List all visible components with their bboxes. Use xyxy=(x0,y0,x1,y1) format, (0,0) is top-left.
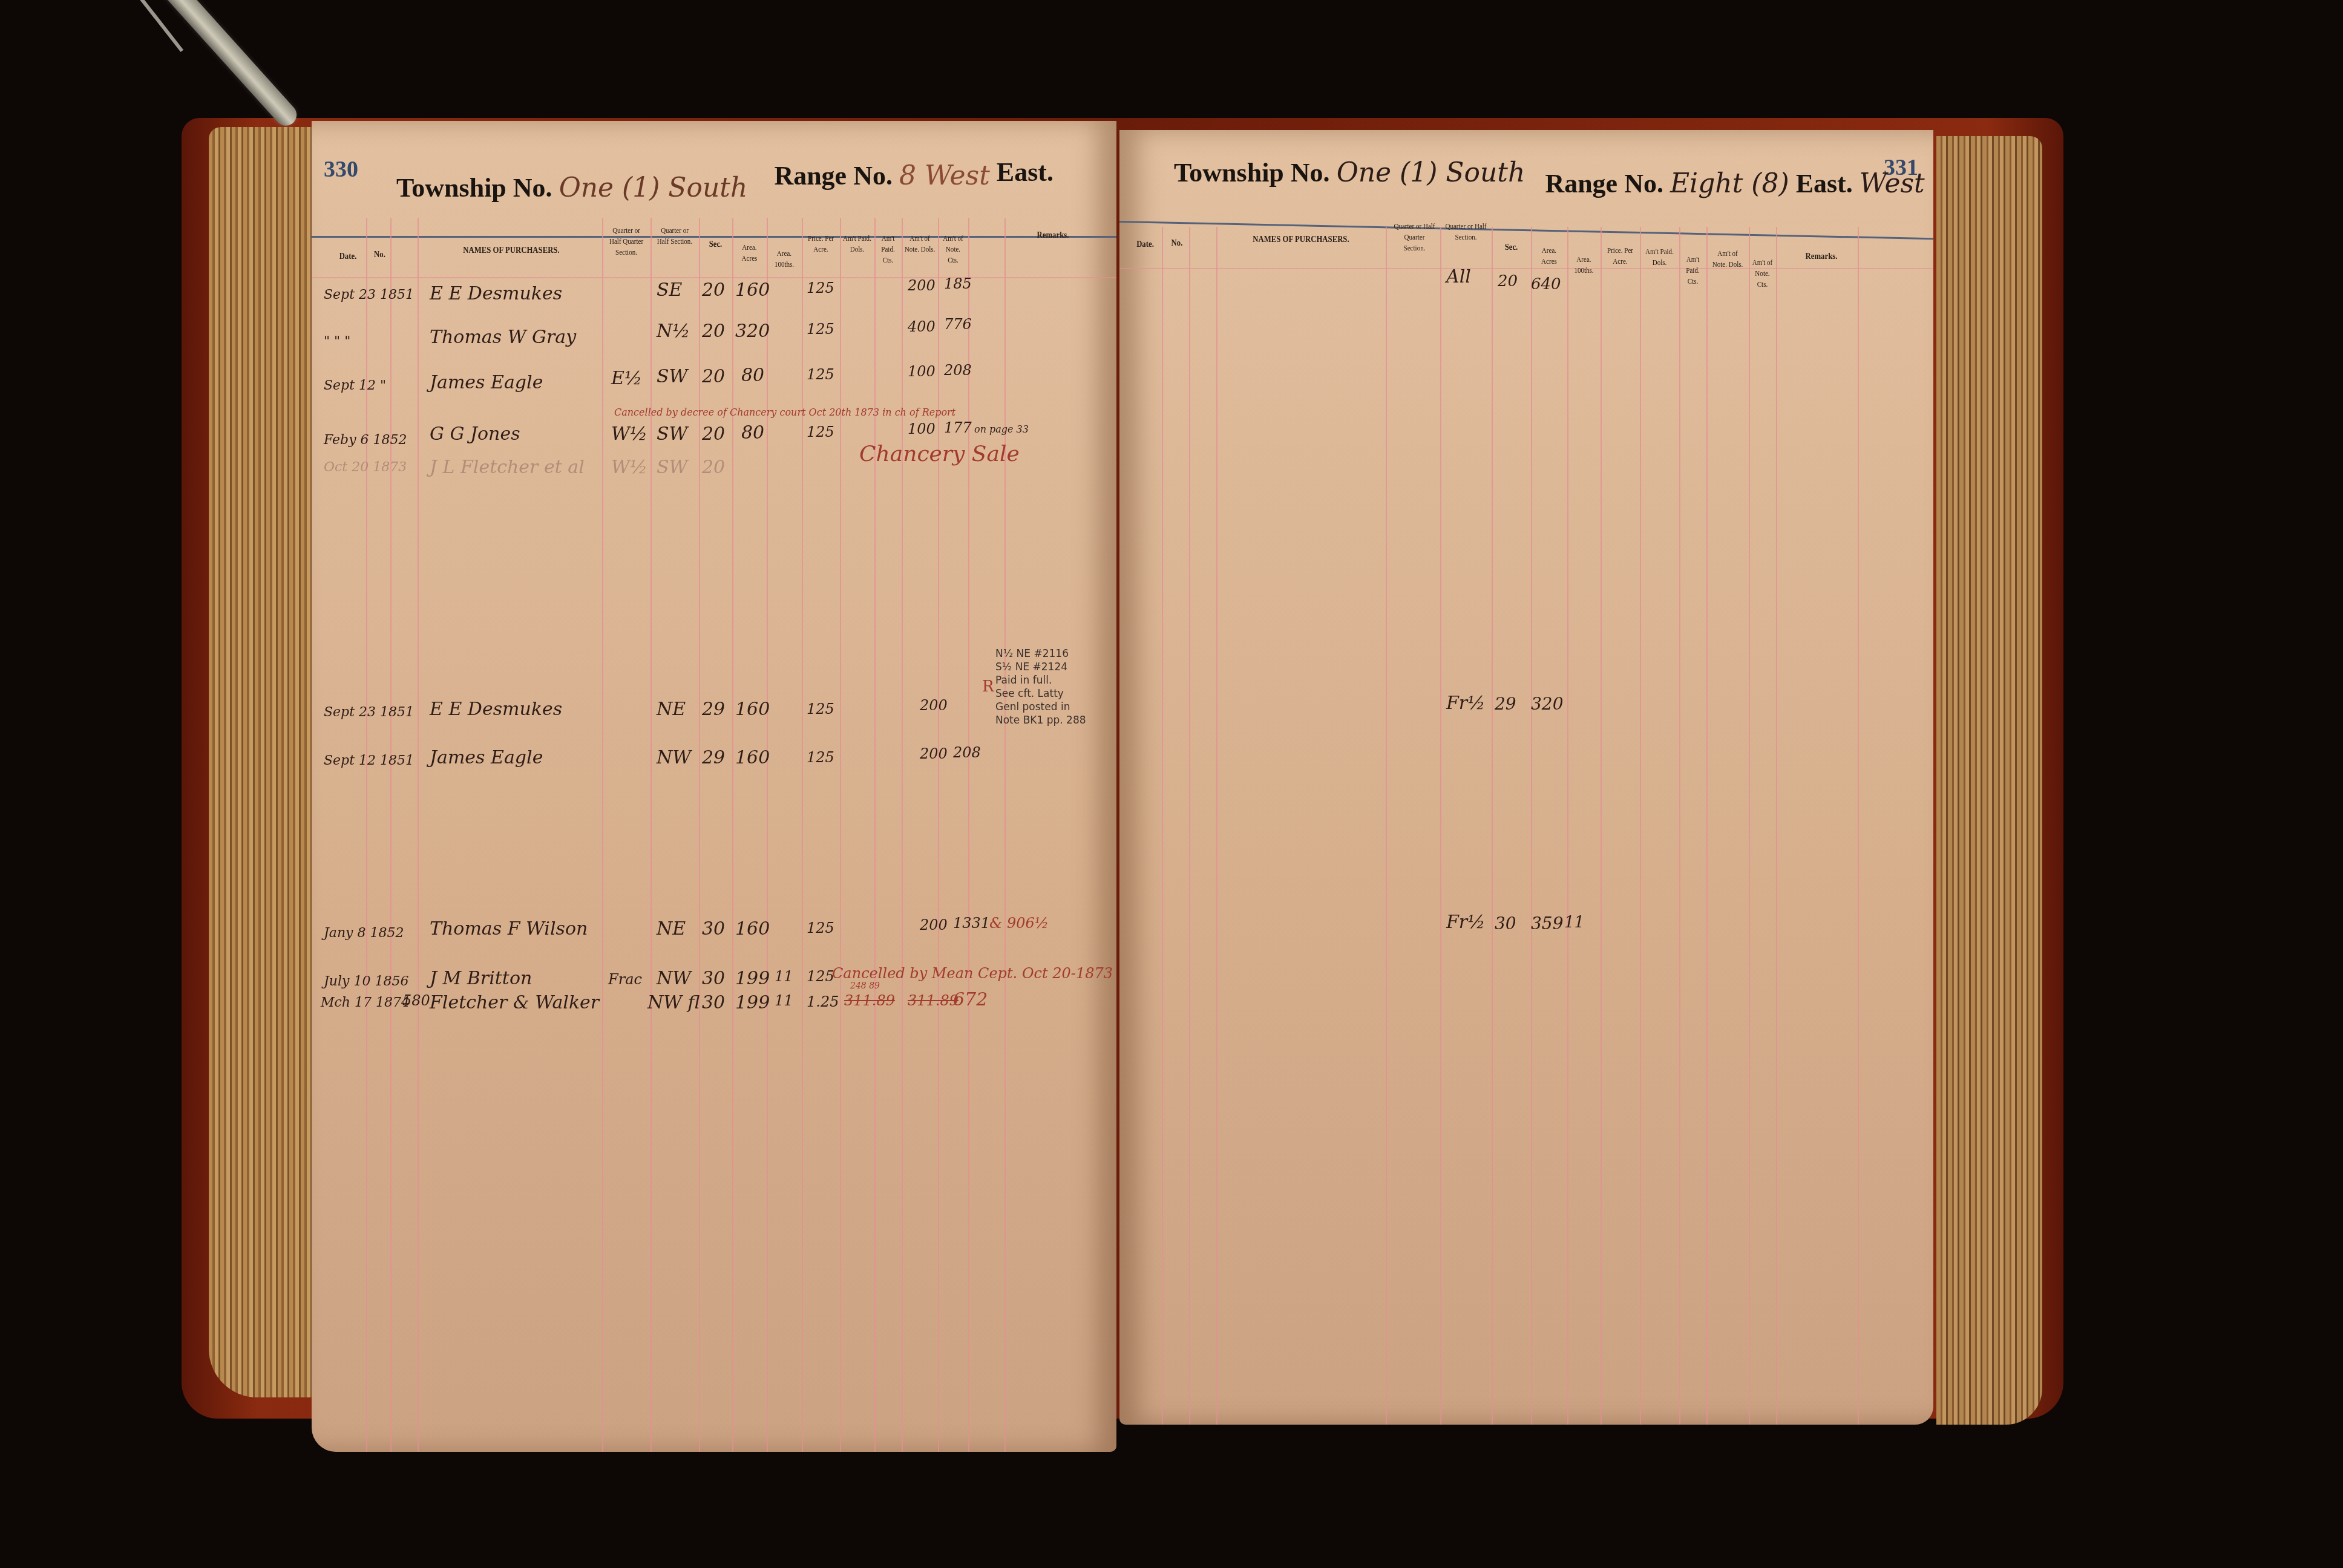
entry-qhq: Frac xyxy=(608,971,642,988)
col-sec: Sec. xyxy=(701,239,730,250)
col-no: No. xyxy=(1167,238,1187,249)
column-rule xyxy=(390,218,392,1452)
entry-acres: 199 xyxy=(735,968,770,989)
entry-qh: Fr½ xyxy=(1446,912,1485,933)
direction-label: East. xyxy=(1796,169,1853,198)
col-acres: Area. Acres xyxy=(735,242,764,264)
entry-qh: N½ xyxy=(657,321,690,342)
entry-price: 125 xyxy=(807,920,834,936)
col-remarks: Remarks. xyxy=(1796,251,1847,262)
col-qh: Quarter or Half Section. xyxy=(1444,221,1487,243)
entry-qh: SW xyxy=(657,423,687,445)
col-paid-dols: Am't Paid. Dols. xyxy=(1643,246,1676,268)
entry-price: 125 xyxy=(807,423,834,440)
header-bottom-rule xyxy=(312,277,1116,278)
paid-correction: 248 89 xyxy=(850,981,880,991)
header-rule xyxy=(312,236,1116,238)
col-paid-dols: Am't Paid. Dols. xyxy=(842,233,871,255)
township-label: Township No. xyxy=(1174,158,1330,188)
entry-qh: NW xyxy=(657,747,691,768)
entry-name: E E Desmukes xyxy=(430,699,562,720)
col-names: NAMES OF PURCHASERS. xyxy=(439,245,583,256)
cancellation-annotation: Cancelled by Mean Cept. Oct 20-1873 xyxy=(832,965,1113,982)
entry-price: 125 xyxy=(807,749,834,766)
cancellation-annotation: Cancelled by decree of Chancery court Oc… xyxy=(614,407,955,418)
entry-sec: 30 xyxy=(702,992,725,1013)
column-rule xyxy=(1531,227,1532,1425)
entry-qh: NE xyxy=(657,918,686,939)
column-rule xyxy=(767,218,768,1452)
column-rule xyxy=(1749,227,1750,1425)
entry-qh: SE xyxy=(657,279,682,301)
column-rule xyxy=(1216,227,1217,1425)
column-rule xyxy=(650,218,652,1452)
entry-qh: SW xyxy=(657,366,687,387)
entry-sec: 29 xyxy=(702,699,725,720)
entry-price: 125 xyxy=(807,701,834,717)
entry-name: E E Desmukes xyxy=(430,283,562,304)
entry-sec: 30 xyxy=(702,968,725,989)
entry-note-dols: 200 xyxy=(908,277,936,294)
column-rule xyxy=(938,218,939,1452)
entry-name: Thomas F Wilson xyxy=(430,918,588,939)
column-rule xyxy=(1706,227,1708,1425)
township-value: One (1) South xyxy=(559,172,748,203)
entry-date: Feby 6 1852 xyxy=(324,433,407,448)
col-date: Date. xyxy=(1131,239,1159,250)
remarks-marker: R xyxy=(982,678,994,696)
entry-name: James Eagle xyxy=(430,372,543,393)
col-paid-cts: Am't Paid. Cts. xyxy=(876,233,899,266)
entry-name: Fletcher & Walker xyxy=(430,992,599,1013)
entry-hundredths: 11 xyxy=(1564,913,1584,932)
column-rule xyxy=(1386,227,1387,1425)
entry-acres: 160 xyxy=(735,699,770,720)
entry-acres: 359 xyxy=(1531,913,1563,933)
entry-acres: 160 xyxy=(735,279,770,301)
col-remarks: Remarks. xyxy=(1012,230,1094,241)
column-rule xyxy=(1601,227,1602,1425)
range-value: Eight (8) xyxy=(1670,168,1789,199)
col-qhq: Quarter or Half Quarter Section. xyxy=(1392,221,1436,253)
column-rule xyxy=(968,218,969,1452)
column-rule xyxy=(732,218,733,1452)
col-names: NAMES OF PURCHASERS. xyxy=(1234,234,1368,245)
column-rule xyxy=(840,218,841,1452)
entry-note-dols: 200 xyxy=(920,916,948,933)
range-value: 8 West xyxy=(899,160,990,191)
entry-qh: NW xyxy=(657,968,691,989)
entry-acres: 320 xyxy=(1531,694,1563,714)
entry-date: Sept 12 1851 xyxy=(324,753,414,768)
column-rule xyxy=(1004,218,1006,1452)
direction-label: East. xyxy=(997,157,1054,187)
header-bottom-rule xyxy=(1119,268,1933,269)
entry-note-cts: 177 xyxy=(944,419,972,436)
column-rule xyxy=(1440,227,1441,1425)
entry-price: 125 xyxy=(807,968,834,985)
right-page: 331 Township No. One (1) South Range No.… xyxy=(1119,130,1933,1425)
col-sec: Sec. xyxy=(1495,242,1528,253)
entry-remarks: on page 33 xyxy=(974,423,1029,435)
entry-note-dols: 200 xyxy=(920,697,948,714)
entry-qhq: W½ xyxy=(611,423,647,445)
column-rule xyxy=(902,218,903,1452)
chancery-sale-signature: Chancery Sale xyxy=(859,442,1020,466)
entry-name: J L Fletcher et al xyxy=(430,457,585,478)
entry-name: G G Jones xyxy=(430,423,520,445)
entry-sec: 20 xyxy=(702,279,725,301)
col-price: Price. Per Acre. xyxy=(1604,245,1637,267)
paid-struck: 311.89 xyxy=(844,992,895,1009)
col-no: No. xyxy=(371,249,389,260)
entry-sec: 29 xyxy=(1495,694,1516,714)
col-note-dols: Am't of Note. Dols. xyxy=(1709,248,1746,270)
col-qh: Quarter or Half Section. xyxy=(654,225,695,247)
entry-hundredths: 11 xyxy=(775,992,793,1009)
entry-qhq: W½ xyxy=(611,457,647,478)
township-label: Township No. xyxy=(396,173,552,203)
page-block-left xyxy=(209,127,315,1397)
column-rule xyxy=(1858,227,1859,1425)
direction-handwritten: West xyxy=(1860,168,1925,199)
entry-acres: 80 xyxy=(741,365,764,386)
entry-qh: SW xyxy=(657,457,687,478)
column-rule xyxy=(1640,227,1641,1425)
entry-note-dols: 400 xyxy=(908,318,936,335)
entry-date: July 10 1856 xyxy=(324,974,408,989)
column-rule xyxy=(366,218,367,1452)
entry-qh: NW fl xyxy=(647,992,700,1013)
column-rule xyxy=(874,218,876,1452)
entry-sec: 29 xyxy=(702,747,725,768)
entry-acres: 80 xyxy=(741,422,764,443)
entry-price: 125 xyxy=(807,366,834,383)
page-number: 330 xyxy=(324,156,358,183)
note-struck: 311.89 xyxy=(908,992,958,1009)
column-rule xyxy=(1492,227,1493,1425)
entry-acres: 199 xyxy=(735,992,770,1013)
column-rule xyxy=(1567,227,1568,1425)
entry-date: Sept 12 " xyxy=(324,378,386,393)
column-rule xyxy=(1189,227,1190,1425)
left-page: 330 Township No. One (1) South Range No.… xyxy=(312,121,1116,1452)
entry-note-dols: 200 xyxy=(920,745,948,762)
entry-qh: NE xyxy=(657,699,686,720)
col-note-cts: Am't of Note. Cts. xyxy=(1751,257,1774,290)
entry-sec: 20 xyxy=(702,366,725,387)
entry-price: 1.25 xyxy=(807,993,839,1010)
entry-sec: 30 xyxy=(702,918,725,939)
entry-note-cts: 672 xyxy=(953,989,988,1010)
entry-sec: 30 xyxy=(1495,913,1516,933)
entry-name: J M Britton xyxy=(430,968,532,989)
col-price: Price. Per Acre. xyxy=(805,233,837,255)
col-date: Date. xyxy=(333,251,364,262)
township-value: One (1) South xyxy=(1337,157,1525,188)
entry-sec: 20 xyxy=(702,321,725,342)
entry-date: Oct 20 1873 xyxy=(324,460,407,475)
entry-price: 125 xyxy=(807,321,834,338)
entry-date: Mch 17 1874 xyxy=(321,995,410,1010)
col-note-cts: Am't of Note. Cts. xyxy=(940,233,966,266)
entry-sec: 20 xyxy=(702,423,725,445)
entry-hundredths: 11 xyxy=(775,968,793,985)
entry-note-cts: 1331 xyxy=(953,915,990,932)
entry-note-cts: 208 xyxy=(953,744,981,761)
entry-price: 125 xyxy=(807,279,834,296)
page-title: Township No. One (1) South Range No. 8 W… xyxy=(396,172,1054,203)
column-rule xyxy=(1679,227,1680,1425)
page-block-right xyxy=(1936,136,2042,1425)
col-acres: Area. Acres xyxy=(1534,245,1565,267)
column-rule xyxy=(802,218,803,1452)
entry-date: " " " xyxy=(324,334,350,349)
entry-acres: 640 xyxy=(1531,275,1561,293)
entry-sec: 20 xyxy=(702,457,725,478)
entry-date: Jany 8 1852 xyxy=(324,926,404,941)
entry-note-cts: 208 xyxy=(944,362,972,379)
page-title: Township No. One (1) South Range No. Eig… xyxy=(1174,157,1925,188)
entry-acres: 160 xyxy=(735,918,770,939)
entry-qh: Fr½ xyxy=(1446,693,1485,714)
entry-name: James Eagle xyxy=(430,747,543,768)
entry-note-dols: 100 xyxy=(908,363,936,380)
col-hundredths: Area. 100ths. xyxy=(1570,254,1598,276)
entry-remarks: & 906½ xyxy=(989,915,1049,932)
entry-qh: All xyxy=(1446,266,1471,287)
col-qhq: Quarter or Half Quarter Section. xyxy=(606,225,647,258)
entry-no: 580 xyxy=(402,992,430,1009)
col-paid-cts: Am't Paid. Cts. xyxy=(1681,254,1704,287)
range-label: Range No. xyxy=(774,161,893,191)
entry-qhq: E½ xyxy=(611,368,642,389)
range-label: Range No. xyxy=(1545,169,1663,198)
entry-date: Sept 23 1851 xyxy=(324,287,414,302)
column-rule xyxy=(1162,227,1163,1425)
entry-name: Thomas W Gray xyxy=(430,327,576,348)
col-note-dols: Am't of Note. Dols. xyxy=(905,233,936,255)
column-rule xyxy=(699,218,700,1452)
entry-note-dols: 100 xyxy=(908,420,936,437)
entry-sec: 20 xyxy=(1498,272,1518,290)
entry-note-cts: 185 xyxy=(944,275,972,292)
entry-note-cts: 776 xyxy=(944,316,972,333)
column-rule xyxy=(602,218,603,1452)
remarks-note: N½ NE #2116 S½ NE #2124 Paid in full. Se… xyxy=(995,647,1086,727)
entry-date: Sept 23 1851 xyxy=(324,705,414,720)
col-hundredths: Area. 100ths. xyxy=(769,248,799,270)
column-rule xyxy=(418,218,419,1452)
entry-acres: 320 xyxy=(735,321,770,342)
entry-acres: 160 xyxy=(735,747,770,768)
column-rule xyxy=(1776,227,1777,1425)
spatula-tool xyxy=(151,0,301,130)
